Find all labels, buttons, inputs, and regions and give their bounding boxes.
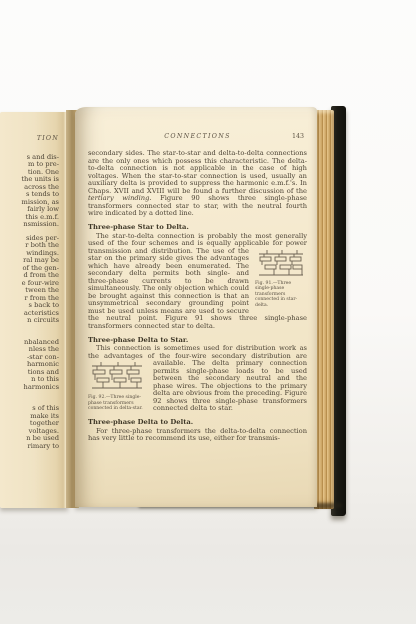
left-page-fragment-block-a: s and dis-m to pre-tion. Onethe units is… (1, 154, 59, 229)
paragraph-delta-to-star-lead: This connection is sometimes used for di… (88, 344, 307, 360)
paragraph-continuation: secondary sides. The star-to-star and de… (88, 150, 307, 218)
left-page: TION s and dis-m to pre-tion. Onethe uni… (0, 112, 68, 508)
paragraph-delta-to-star: This connection is sometimes used for di… (88, 345, 307, 413)
left-page-fragment-block-c: nbalancednless the-star con-harmoniction… (1, 339, 59, 392)
book-page-fore-edges (314, 110, 334, 509)
left-page-text-column: TION s and dis-m to pre-tion. Onethe uni… (1, 135, 59, 450)
paragraph-continuation-text-a: secondary sides. The star-to-star and de… (88, 149, 307, 195)
figure-92: Fig. 92.—Three single-phase transformers… (88, 361, 146, 412)
heading-star-to-delta: Three-phase Star to Delta. (88, 223, 307, 231)
heading-delta-to-star: Three-phase Delta to Star. (88, 336, 307, 344)
page-body: secondary sides. The star-to-star and de… (88, 150, 307, 443)
photo-backdrop: TION s and dis-m to pre-tion. Onethe uni… (0, 0, 416, 624)
right-page: CONNECTIONS 143 secondary sides. The sta… (75, 107, 317, 507)
fig-91-star-delta-diagram (258, 249, 304, 279)
text-line-fragment: nsmission. (1, 221, 59, 229)
page-number: 143 (292, 133, 304, 140)
text-line-fragment: harmonics (1, 384, 59, 392)
paragraph-delta-to-star-rest: available. The delta primary connection … (153, 359, 307, 412)
heading-delta-to-delta: Three-phase Delta to Delta. (88, 418, 307, 426)
running-head: CONNECTIONS 143 (88, 133, 307, 141)
open-book: TION s and dis-m to pre-tion. Onethe uni… (0, 103, 347, 512)
fig-92-delta-star-diagram (91, 361, 143, 393)
figure-91: Fig. 91.—Three single-phase transformers… (255, 249, 307, 309)
left-running-head-fragment: TION (1, 135, 59, 143)
left-page-fragment-block-b: sides per-r both thewindings.ral may beo… (1, 235, 59, 325)
running-head-title: CONNECTIONS (164, 133, 230, 140)
text-line-fragment: rimary to (1, 443, 59, 451)
paragraph-delta-to-delta: For three-phase transformers the delta-t… (88, 428, 307, 443)
fig-92-caption: Fig. 92.—Three single-phase transformers… (88, 395, 146, 412)
left-page-fragment-block-d: s of thismake itstogethervoltages.n be u… (1, 405, 59, 450)
right-page-text-column: CONNECTIONS 143 secondary sides. The sta… (88, 133, 307, 443)
paragraph-star-to-delta: The star-to-delta connection is probably… (88, 233, 307, 331)
fig-91-caption: Fig. 91.—Three single-phase transformers… (255, 281, 307, 309)
text-line-fragment: n circuits (1, 317, 59, 325)
